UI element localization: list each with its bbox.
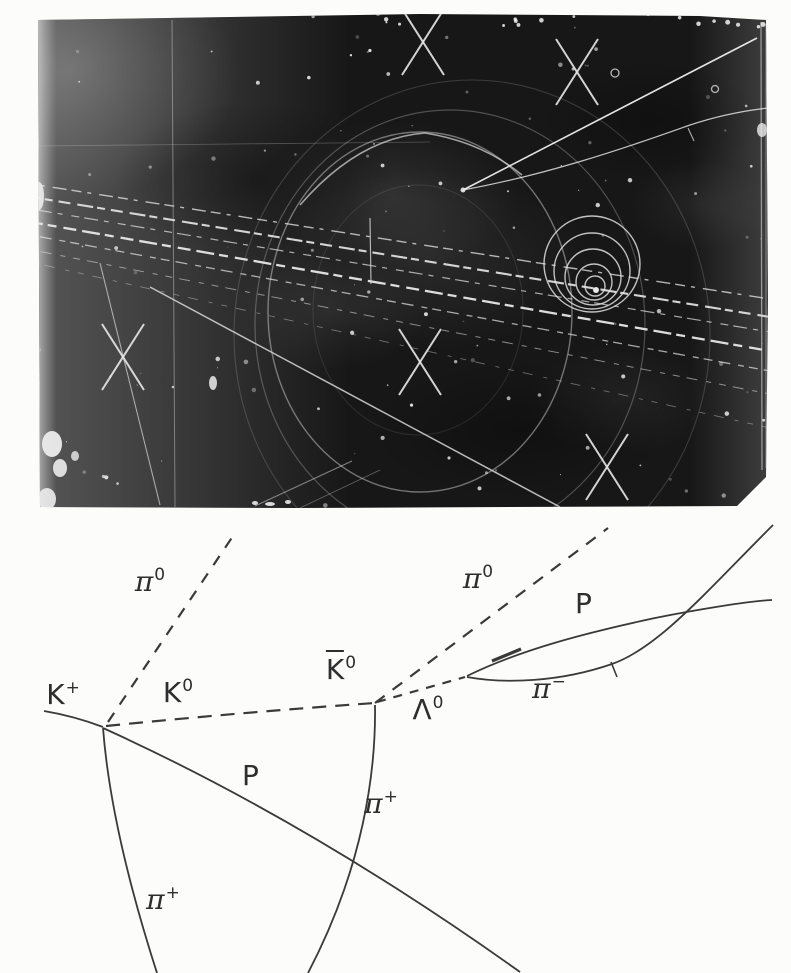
photo-noise-dot [445, 36, 448, 39]
photo-noise-dot [88, 173, 91, 176]
photo-noise-dot [66, 441, 67, 442]
photo-noise-dot [760, 238, 762, 240]
photo-noise-dot [405, 68, 407, 70]
figure-page: K+ π0 K0 K0 π0 P π− Λ0 P π+ π+ [0, 0, 791, 973]
photo-fog-patch [115, 100, 395, 260]
photo-noise-dot [211, 50, 213, 52]
photo-noise-dot [37, 348, 41, 352]
photo-noise-dot [601, 234, 604, 237]
photo-noise-dot [588, 141, 591, 144]
emulsion-blob [42, 431, 62, 457]
photo-noise-dot [594, 47, 598, 51]
electron-spiral-center [593, 287, 599, 293]
photo-noise-dot [722, 493, 726, 497]
track-k0-kbar0 [106, 703, 375, 726]
track-pi-plus-from-kplus [103, 728, 157, 973]
track-proton-from-kplus [103, 728, 520, 972]
photo-noise-dot [134, 271, 137, 274]
photo-noise-dot [614, 323, 616, 325]
emulsion-blob [38, 488, 56, 510]
photo-noise-dot [354, 284, 355, 285]
photo-noise-dot [350, 331, 354, 335]
photo-noise-dot [367, 290, 370, 293]
photo-noise-dot [485, 471, 488, 474]
track-k-plus-incoming [44, 711, 103, 727]
photo-noise-dot [256, 81, 260, 85]
track-pi0-from-kplus [108, 536, 233, 722]
track-pi-minus-kink-tick [611, 662, 617, 677]
photo-noise-dot [762, 419, 765, 422]
photo-noise-dot [161, 461, 162, 462]
photo-noise-dot [408, 186, 409, 187]
photo-noise-dot [757, 25, 760, 28]
photo-noise-dot [558, 63, 562, 67]
emulsion-blob [285, 500, 291, 504]
emulsion-blob [71, 451, 79, 461]
photo-noise-dot [621, 374, 625, 378]
photo-noise-dot [340, 130, 341, 131]
photo-noise-dot [109, 375, 111, 377]
bubble-chamber-figure [0, 0, 791, 973]
photo-noise-dot [381, 164, 385, 168]
photo-noise-dot [82, 246, 84, 248]
photo-edge-speckle [736, 23, 740, 27]
photo-noise-dot [639, 464, 641, 466]
track-pi0-from-kbar0 [375, 528, 608, 703]
photo-noise-dot [317, 407, 320, 410]
photo-noise-dot [410, 404, 413, 407]
photo-noise-dot [478, 486, 482, 490]
photo-noise-dot [585, 65, 587, 67]
photo-noise-dot [454, 360, 457, 363]
photo-noise-dot [447, 456, 450, 459]
photo-noise-dot [463, 320, 465, 322]
photo-edge-speckle [398, 23, 401, 26]
photo-noise-dot [724, 129, 726, 131]
photo-noise-dot [605, 180, 607, 182]
photo-fog-patch [230, 250, 430, 370]
photo-noise-dot [574, 27, 576, 29]
photo-noise-dot [149, 166, 152, 169]
photo-noise-dot [385, 210, 387, 212]
photo-noise-dot [685, 489, 688, 492]
photo-edge-speckle [760, 22, 765, 27]
photo-noise-dot [596, 203, 600, 207]
photo-noise-dot [48, 495, 50, 497]
photo-noise-dot [215, 357, 220, 362]
photo-edge-speckle [517, 23, 521, 27]
photo-noise-dot [82, 470, 86, 474]
photo-noise-dot [513, 226, 515, 228]
photo-noise-dot [354, 453, 356, 455]
photo-edge-speckle [646, 12, 650, 16]
photo-noise-dot [657, 309, 661, 313]
photo-noise-dot [572, 67, 575, 70]
photo-noise-dot [706, 95, 710, 99]
photo-edge-speckle [513, 17, 517, 21]
photo-noise-dot [252, 388, 256, 392]
photo-noise-dot [560, 474, 561, 475]
photo-noise-dot [762, 343, 763, 344]
photo-edge-speckle [502, 24, 505, 27]
photo-noise-dot [114, 246, 118, 250]
track-pi-plus-from-kbar0 [308, 705, 375, 973]
photo-noise-dot [495, 469, 497, 471]
photo-edge-speckle [712, 19, 716, 23]
photo-noise-dot [587, 65, 589, 67]
photo-edge-speckle [384, 17, 388, 21]
photo-noise-dot [373, 143, 375, 145]
photo-noise-dot [78, 81, 80, 83]
photo-noise-dot [387, 384, 389, 386]
photo-edge-speckle [725, 20, 730, 25]
photo-noise-dot [300, 298, 304, 302]
photo-noise-dot [746, 236, 749, 239]
photo-noise-dot [507, 190, 509, 192]
photo-noise-dot [745, 105, 748, 108]
photo-noise-dot [725, 411, 730, 416]
photo-noise-dot [311, 15, 314, 18]
photo-edge-speckle [539, 18, 544, 23]
photo-noise-dot [386, 72, 390, 76]
photo-noise-dot [294, 153, 296, 155]
photo-noise-dot [750, 165, 753, 168]
track-lambda0 [377, 677, 465, 702]
photo-noise-dot [424, 312, 428, 316]
photo-noise-dot [746, 391, 748, 393]
photo-noise-dot [476, 345, 478, 347]
photo-noise-dot [578, 190, 579, 191]
photo-noise-dot [466, 91, 469, 94]
track-proton-from-lambda [467, 600, 772, 676]
photo-noise-dot [104, 475, 108, 479]
photo-noise-dot [227, 247, 228, 248]
photo-noise-dot [56, 447, 59, 450]
emulsion-blob [265, 502, 275, 506]
photo-noise-dot [211, 156, 215, 160]
photo-edge-speckle [572, 15, 575, 18]
photo-noise-dot [669, 478, 672, 481]
photo-noise-dot [561, 165, 562, 166]
emulsion-blob [53, 459, 67, 477]
photo-noise-dot [76, 50, 79, 53]
emulsion-blob [209, 376, 217, 390]
photo-noise-dot [244, 360, 249, 365]
emulsion-blob [252, 501, 258, 505]
photo-edge-speckle [678, 16, 682, 20]
photo-noise-dot [311, 249, 314, 252]
photo-edge-speckle [696, 22, 700, 26]
photo-noise-dot [719, 362, 723, 366]
emulsion-blob [34, 182, 44, 210]
photo-noise-dot [606, 344, 607, 345]
photo-noise-dot [586, 446, 590, 450]
photo-noise-dot [307, 76, 311, 80]
photo-noise-dot [439, 182, 443, 186]
photo-noise-dot [172, 386, 175, 389]
photo-noise-dot [381, 436, 385, 440]
photo-noise-dot [507, 396, 511, 400]
photo-noise-dot [356, 35, 360, 39]
photo-noise-dot [628, 178, 632, 182]
photo-noise-dot [471, 358, 475, 362]
photo-noise-dot [264, 149, 266, 151]
bubble-chamber-photo [0, 0, 791, 590]
photo-noise-dot [538, 393, 542, 397]
photo-noise-dot [217, 367, 218, 368]
photo-noise-dot [529, 118, 531, 120]
emulsion-blob [461, 188, 466, 193]
photo-noise-dot [443, 230, 444, 231]
photo-noise-dot [350, 54, 352, 56]
bubble-ring-mark [375, 9, 381, 15]
photo-noise-dot [136, 384, 138, 386]
photo-noise-dot [140, 373, 142, 375]
photo-noise-dot [411, 125, 413, 127]
photo-noise-dot [368, 49, 371, 52]
photo-edge-speckle [385, 21, 387, 23]
emulsion-blob [757, 123, 767, 137]
photo-noise-dot [323, 503, 328, 508]
decay-interpretation-diagram [44, 525, 773, 973]
photo-noise-dot [366, 155, 369, 158]
photo-noise-dot [116, 482, 119, 485]
photo-noise-dot [694, 192, 697, 195]
